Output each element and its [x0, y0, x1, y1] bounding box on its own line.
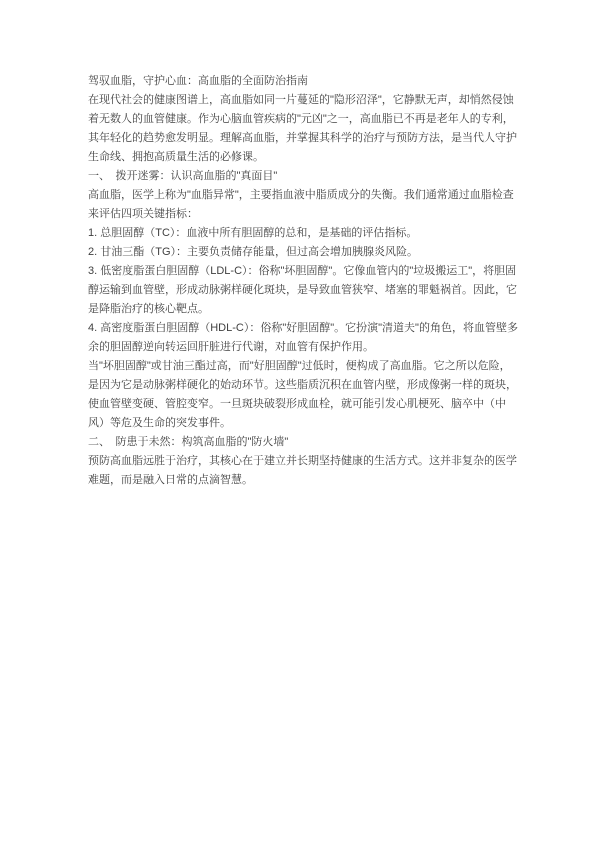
section-1-heading: 一、 拨开迷雾：认识高血脂的"真面目": [88, 167, 520, 186]
document-page: 驾驭血脂，守护心血：高血脂的全面防治指南 在现代社会的健康图谱上，高血脂如同一片…: [0, 0, 595, 841]
document-title: 驾驭血脂，守护心血：高血脂的全面防治指南: [88, 72, 520, 91]
lipid-indicator-item-ldl: 3. 低密度脂蛋白胆固醇（LDL-C）：俗称"坏胆固醇"。它像血管内的"垃圾搬运…: [88, 262, 520, 319]
intro-paragraph: 在现代社会的健康图谱上，高血脂如同一片蔓延的"隐形沼泽"，它静默无声，却悄然侵蚀…: [88, 91, 520, 167]
prevention-paragraph: 预防高血脂远胜于治疗，其核心在于建立并长期坚持健康的生活方式。这并非复杂的医学难…: [88, 452, 520, 490]
lipid-indicator-item-tg: 2. 甘油三酯（TG）：主要负责储存能量，但过高会增加胰腺炎风险。: [88, 243, 520, 262]
lipid-indicator-item-tc: 1. 总胆固醇（TC）：血液中所有胆固醇的总和，是基础的评估指标。: [88, 224, 520, 243]
section-2-heading: 二、 防患于未然：构筑高血脂的"防火墙": [88, 433, 520, 452]
section-1-lead-paragraph: 高血脂，医学上称为"血脂异常"，主要指血液中脂质成分的失衡。我们通常通过血脂检查…: [88, 186, 520, 224]
risk-explanation-paragraph: 当"坏胆固醇"或甘油三酯过高，而"好胆固醇"过低时，便构成了高血脂。它之所以危险…: [88, 357, 520, 433]
lipid-indicator-item-hdl: 4. 高密度脂蛋白胆固醇（HDL-C）：俗称"好胆固醇"。它扮演"清道夫"的角色…: [88, 319, 520, 357]
